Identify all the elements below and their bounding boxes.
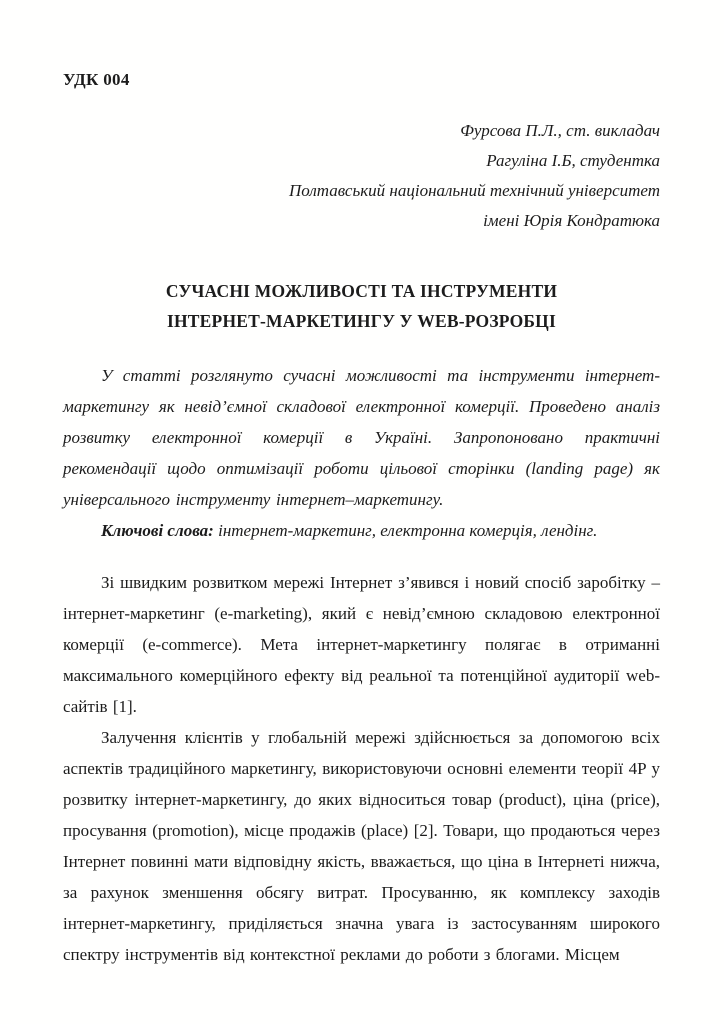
author-block: Фурсова П.Л., ст. викладач Рагуліна І.Б,… — [63, 116, 660, 236]
keywords-label: Ключові слова: — [101, 521, 214, 540]
affiliation-line-2: імені Юрія Кондратюка — [63, 206, 660, 236]
article-title-line-1: СУЧАСНІ МОЖЛИВОСТІ ТА ІНСТРУМЕНТИ — [63, 276, 660, 306]
article-title-line-2: ІНТЕРНЕТ-МАРКЕТИНГУ У WEB-РОЗРОБЦІ — [63, 306, 660, 336]
body-paragraph-1: Зі швидким розвитком мережі Інтернет з’я… — [63, 567, 660, 722]
keywords-text: інтернет-маркетинг, електронна комерція,… — [214, 521, 598, 540]
author-line-1: Фурсова П.Л., ст. викладач — [63, 116, 660, 146]
abstract-paragraph: У статті розглянуто сучасні можливості т… — [63, 360, 660, 515]
keywords-line: Ключові слова: інтернет-маркетинг, елект… — [63, 515, 660, 546]
udc-code: УДК 004 — [63, 70, 660, 90]
affiliation-line-1: Полтавський національний технічний уніве… — [63, 176, 660, 206]
document-page: УДК 004 Фурсова П.Л., ст. викладач Рагул… — [0, 0, 724, 1024]
article-body: Зі швидким розвитком мережі Інтернет з’я… — [63, 567, 660, 970]
body-paragraph-2: Залучення клієнтів у глобальній мережі з… — [63, 722, 660, 970]
article-title: СУЧАСНІ МОЖЛИВОСТІ ТА ІНСТРУМЕНТИ ІНТЕРН… — [63, 276, 660, 336]
author-line-2: Рагуліна І.Б, студентка — [63, 146, 660, 176]
